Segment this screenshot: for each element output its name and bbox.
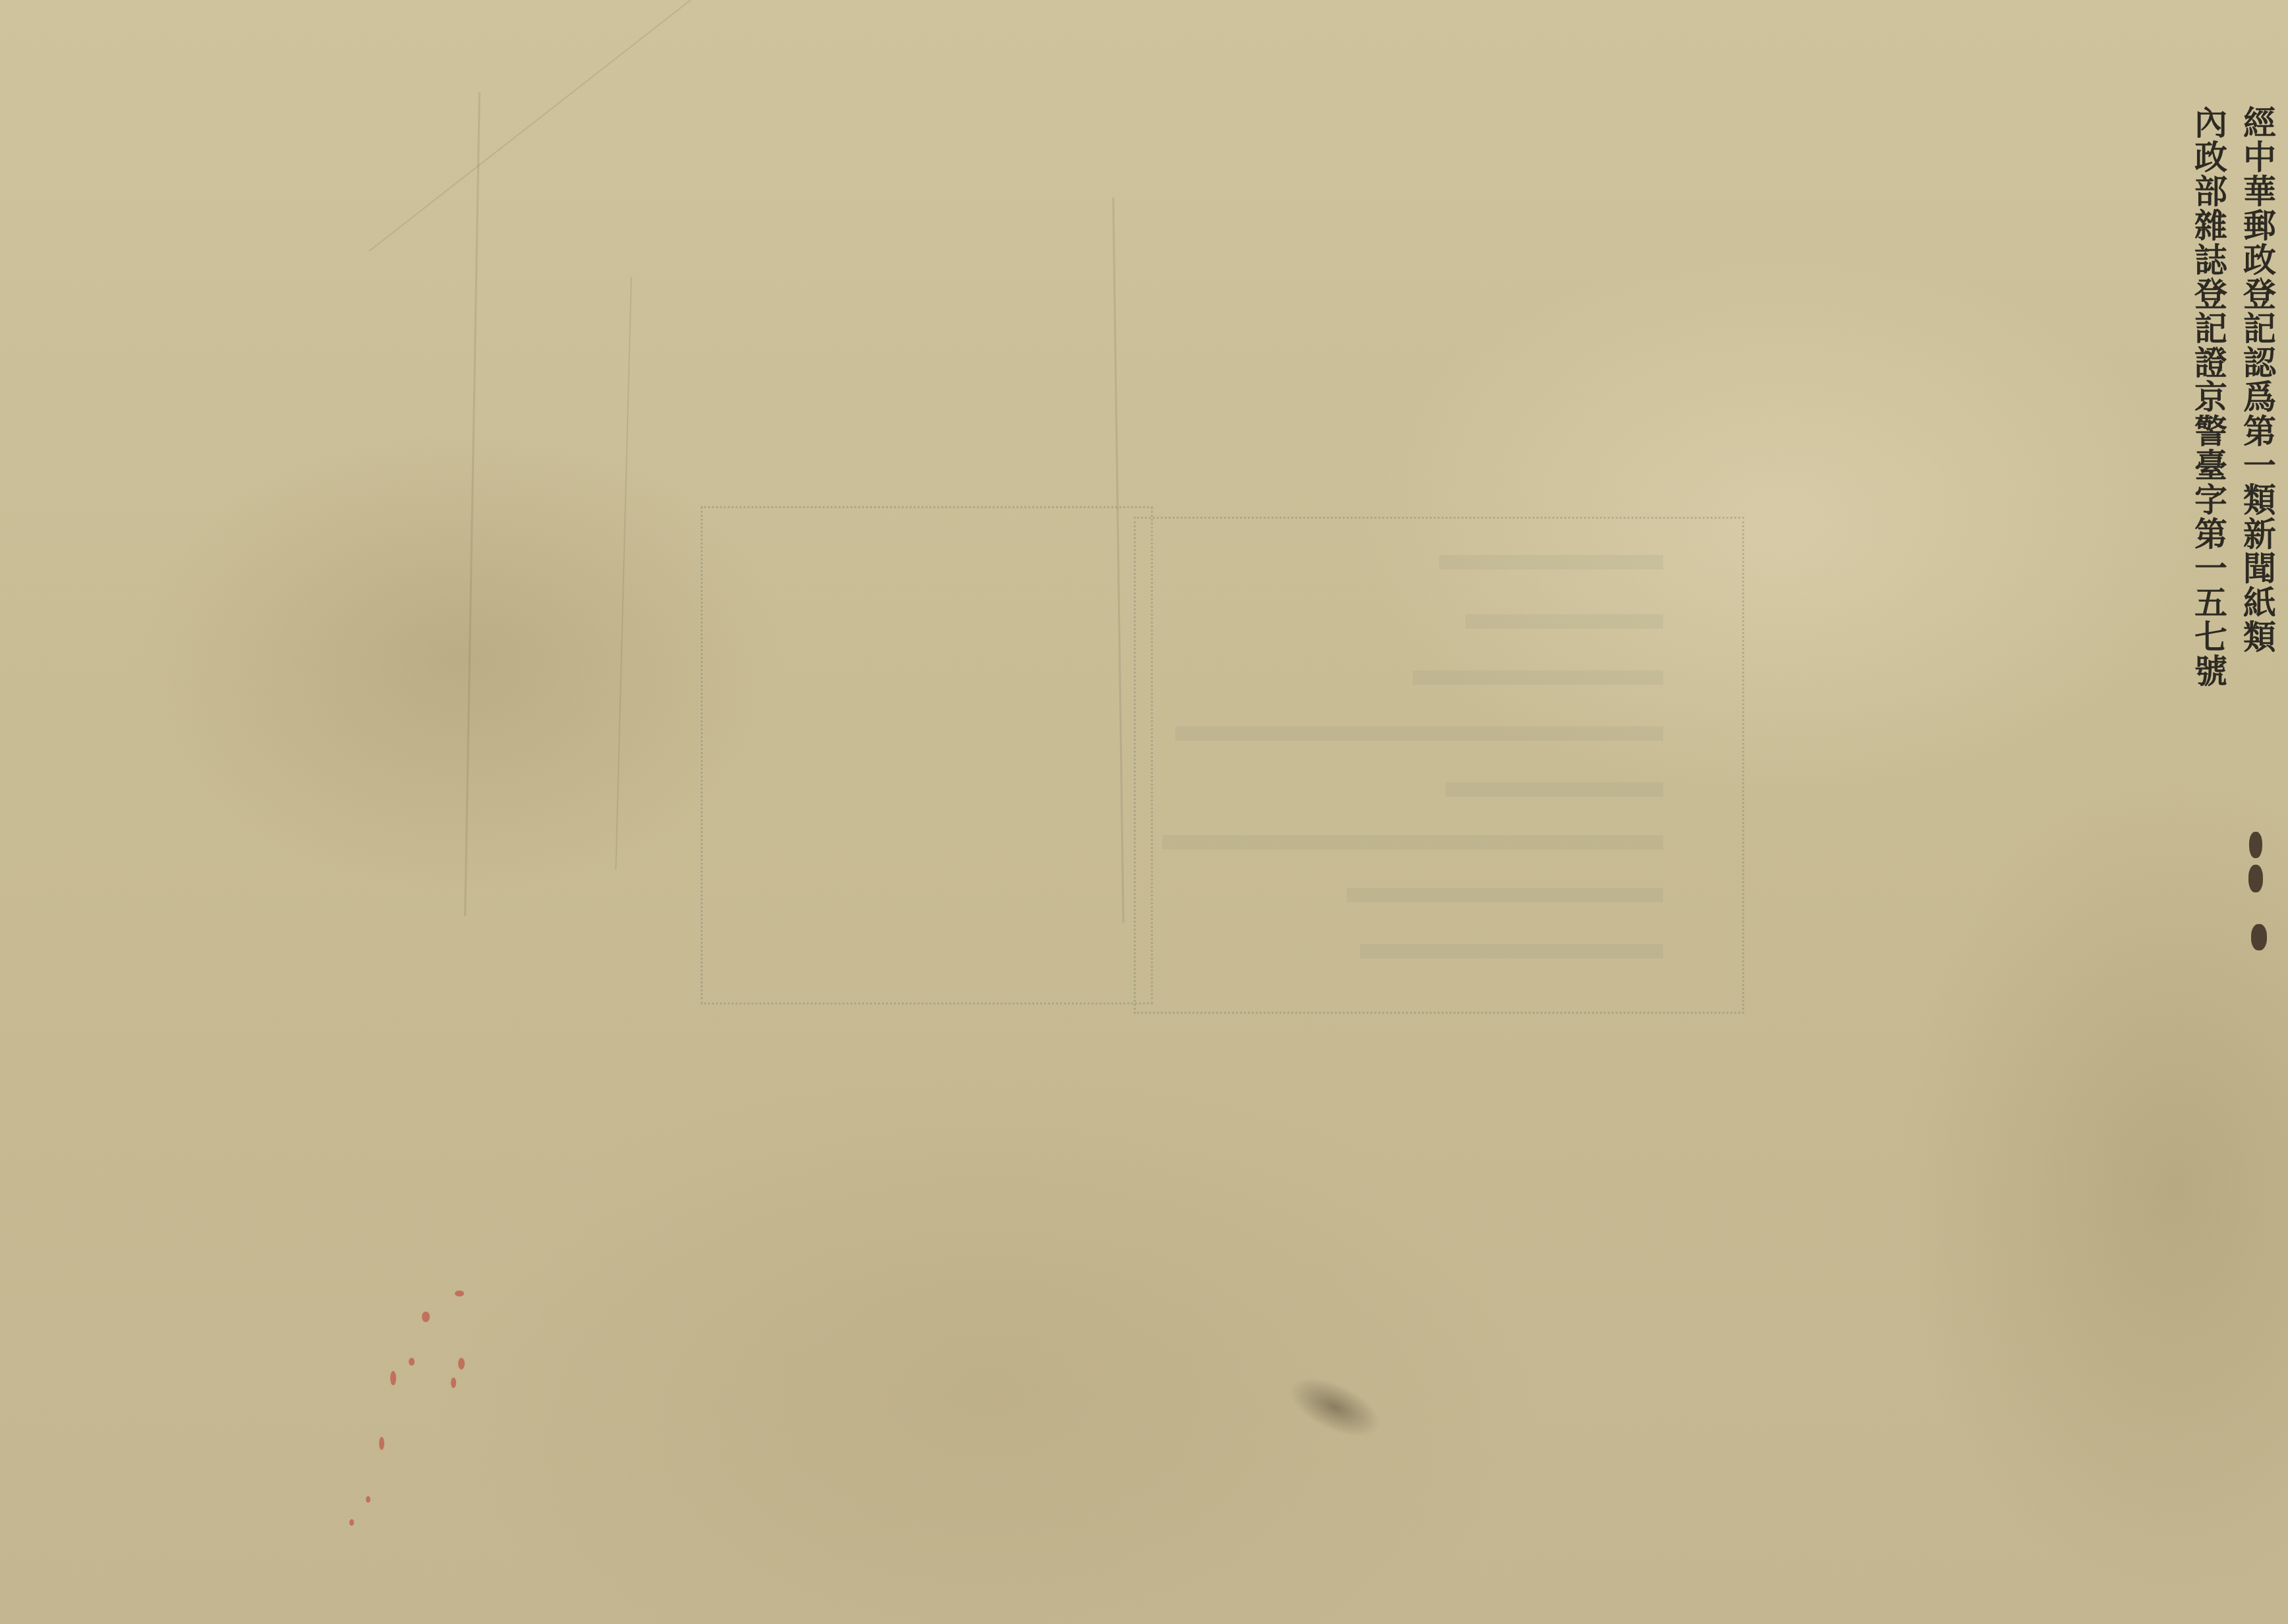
show-through-line (1360, 944, 1663, 958)
paper-crease (464, 92, 481, 916)
binding-hole (2249, 832, 2262, 858)
paper-crease (368, 0, 733, 252)
binding-hole (2251, 924, 2267, 950)
document-page: 經中華郵政登記認爲第一類新聞紙類 內政部雜誌登記證京警臺字第一五七號 (0, 0, 2288, 1624)
show-through-line (1162, 835, 1663, 850)
binding-hole (2248, 865, 2263, 892)
registration-imprint: 經中華郵政登記認爲第一類新聞紙類 內政部雜誌登記證京警臺字第一五七號 (2192, 105, 2273, 688)
show-through-line (1465, 614, 1663, 629)
paper-crease (615, 277, 632, 870)
show-through-line (1347, 888, 1663, 902)
show-through-box-right (1134, 517, 1744, 1014)
show-through-line (1175, 726, 1663, 741)
show-through-line (1446, 782, 1663, 797)
magazine-license-text: 內政部雜誌登記證京警臺字第一五七號 (2192, 105, 2225, 688)
postal-registration-text: 經中華郵政登記認爲第一類新聞紙類 (2241, 105, 2273, 688)
show-through-line (1439, 555, 1663, 569)
show-through-line (1413, 670, 1663, 685)
ink-smudge (1280, 1366, 1390, 1449)
show-through-box-left (701, 506, 1153, 1004)
